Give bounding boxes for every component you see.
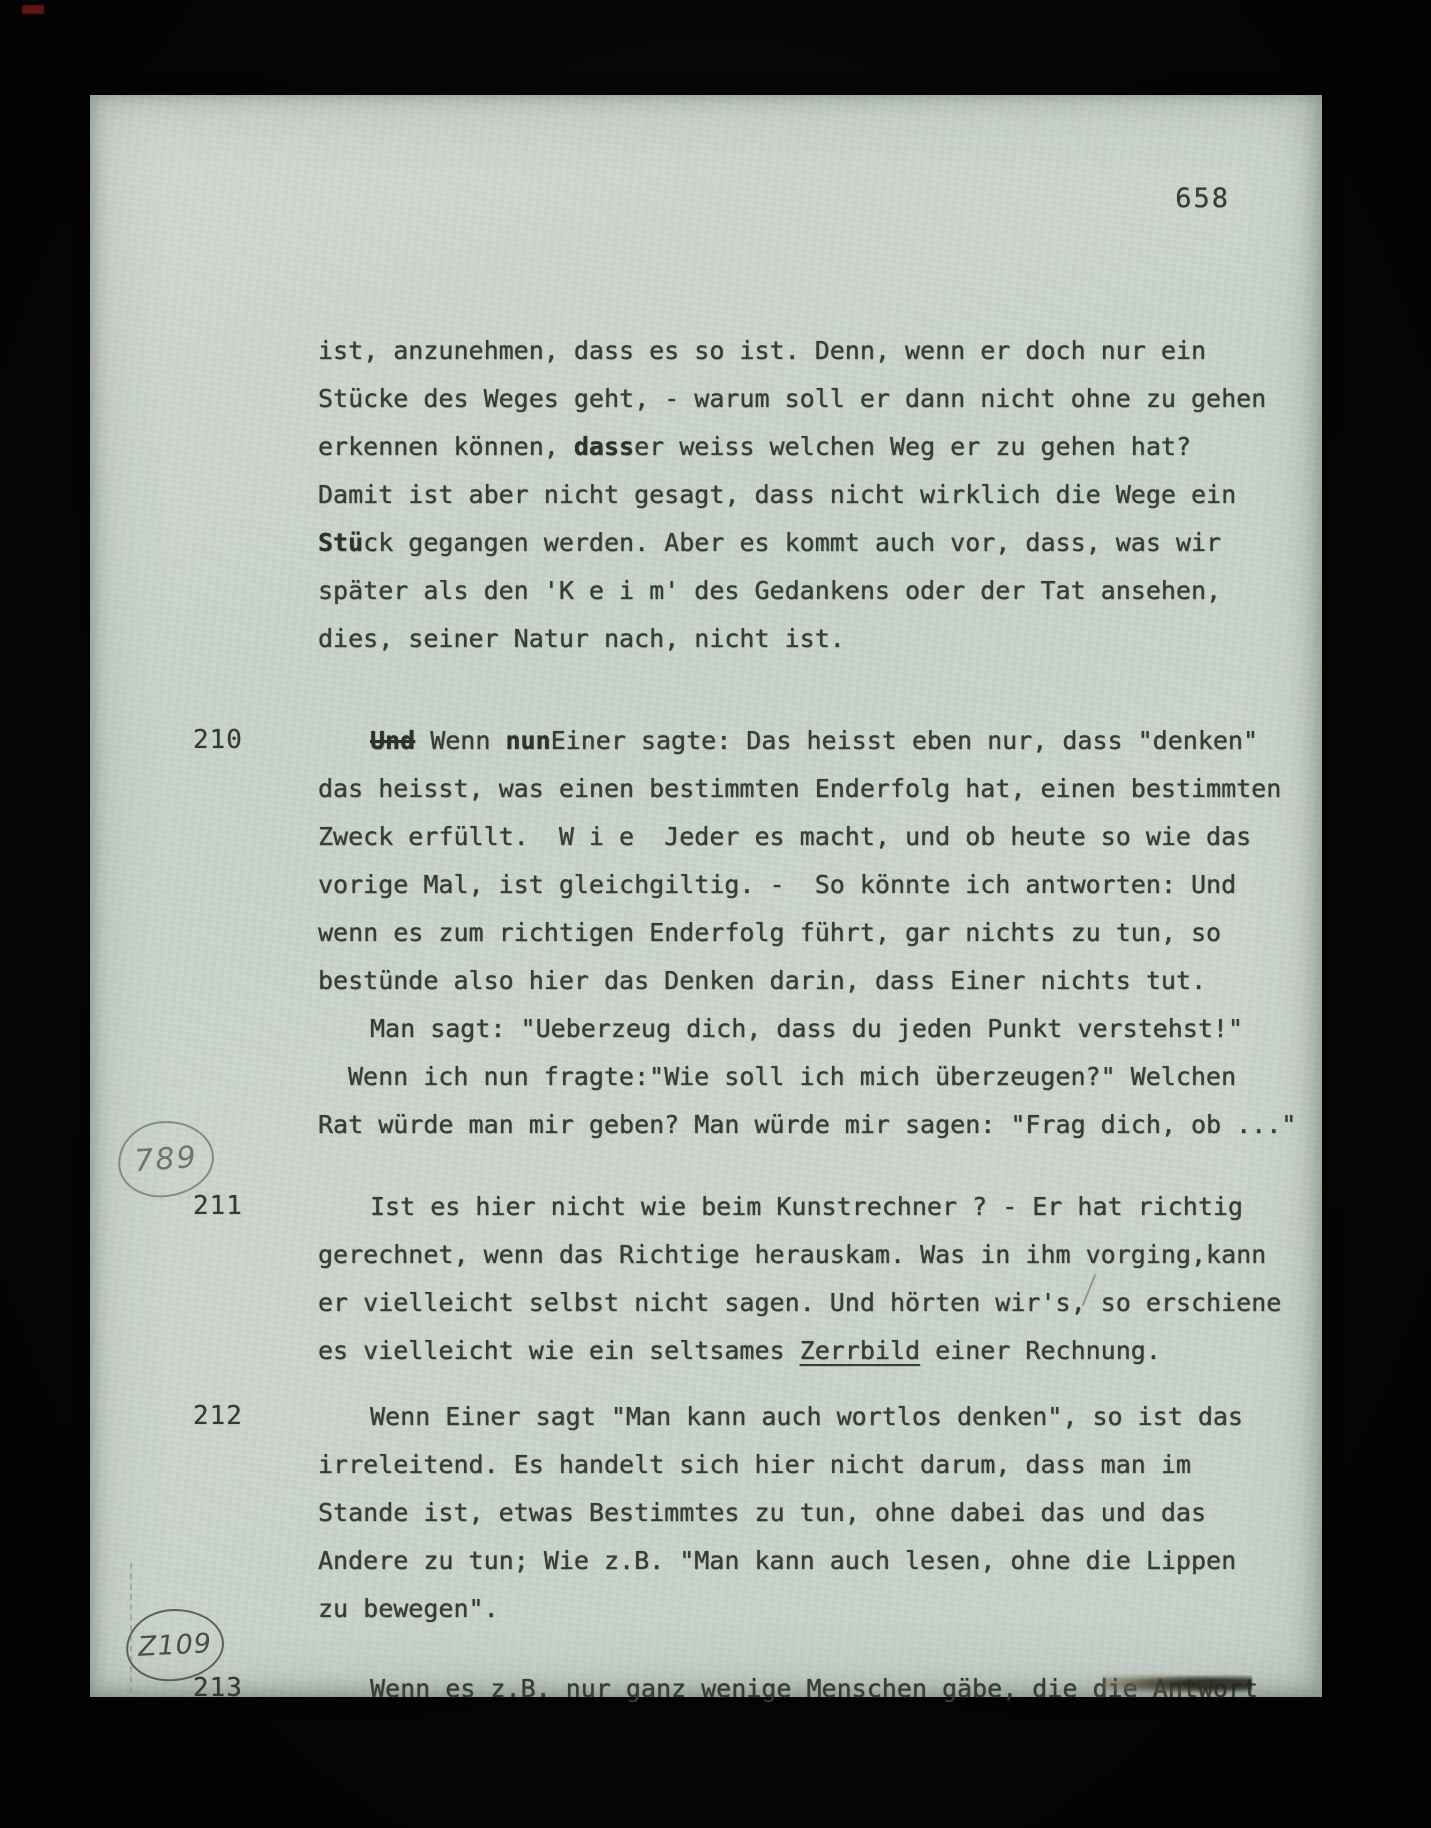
- typed-segment: Wenn Einer sagt "Man kann auch wortlos d…: [370, 1402, 1243, 1431]
- left-margin-pencil-dashes: [130, 1563, 132, 1693]
- typed-line: Rat würde man mir geben? Man würde mir s…: [318, 1101, 1278, 1149]
- typed-segment: irreleitend. Es handelt sich hier nicht …: [318, 1450, 1191, 1479]
- typed-segment-u: Zerrbild: [800, 1336, 920, 1365]
- typed-segment: das heisst, was einen bestimmten Enderfo…: [318, 774, 1281, 803]
- section-number: 213: [193, 1673, 243, 1703]
- typed-segment: Damit ist aber nicht gesagt, dass nicht …: [318, 480, 1236, 509]
- paragraph-block: 211Ist es hier nicht wie beim Kunstrechn…: [90, 1183, 1322, 1375]
- typed-segment: Zweck erfüllt. W i e Jeder es macht, und…: [318, 822, 1251, 851]
- scan-edge-red-mark: [22, 5, 44, 14]
- typed-line: Andere zu tun; Wie z.B. "Man kann auch l…: [318, 1537, 1278, 1585]
- typed-segment: Stande ist, etwas Bestimmtes zu tun, ohn…: [318, 1498, 1206, 1527]
- typed-segment: er vielleicht selbst nicht sagen. Und hö…: [318, 1288, 1281, 1317]
- section-number: 210: [193, 725, 243, 755]
- paragraph-block: 210Und Wenn nunEiner sagte: Das heisst e…: [90, 717, 1322, 1149]
- paragraph-block: 212Wenn Einer sagt "Man kann auch wortlo…: [90, 1393, 1322, 1633]
- typed-segment: Andere zu tun; Wie z.B. "Man kann auch l…: [318, 1546, 1236, 1575]
- document-page: 658 ist, anzunehmen, dass es so ist. Den…: [90, 95, 1322, 1697]
- typed-line: Und Wenn nunEiner sagte: Das heisst eben…: [318, 717, 1278, 765]
- margin-annotation-z109-label: Z109: [137, 1628, 213, 1663]
- typed-segment: Einer sagte: Das heisst eben nur, dass "…: [551, 726, 1258, 755]
- typed-segment-b: Stü: [318, 528, 363, 557]
- typed-segment: bestünde also hier das Denken darin, das…: [318, 966, 1206, 995]
- paragraph-lines: ist, anzunehmen, dass es so ist. Denn, w…: [318, 327, 1278, 663]
- typed-segment: dies, seiner Natur nach, nicht ist.: [318, 624, 845, 653]
- typed-segment: Man sagt: "Ueberzeug dich, dass du jeden…: [370, 1014, 1243, 1043]
- typed-line: ist, anzunehmen, dass es so ist. Denn, w…: [318, 327, 1278, 375]
- typed-segment-b: nun: [505, 726, 550, 755]
- typed-line: Wenn ich nun fragte:"Wie soll ich mich ü…: [318, 1053, 1278, 1101]
- typed-line: Damit ist aber nicht gesagt, dass nicht …: [318, 471, 1278, 519]
- typed-segment: einer Rechnung.: [920, 1336, 1161, 1365]
- typed-segment: erkennen können,: [318, 432, 574, 461]
- typed-line: Stück gegangen werden. Aber es kommt auc…: [318, 519, 1278, 567]
- typed-line: bestünde also hier das Denken darin, das…: [318, 957, 1278, 1005]
- typed-line: Zweck erfüllt. W i e Jeder es macht, und…: [318, 813, 1278, 861]
- section-number: 211: [193, 1191, 243, 1221]
- screenshot-root: { "page": { "number": "658", "background…: [0, 0, 1431, 1828]
- typed-line: Stücke des Weges geht, - warum soll er d…: [318, 375, 1278, 423]
- typed-segment-struck: Und: [370, 726, 415, 755]
- page-number: 658: [1175, 183, 1230, 214]
- typed-segment: vorige Mal, ist gleichgiltig. - So könnt…: [318, 870, 1236, 899]
- typed-segment: Stücke des Weges geht, - warum soll er d…: [318, 384, 1266, 413]
- typed-line: Wenn Einer sagt "Man kann auch wortlos d…: [318, 1393, 1278, 1441]
- typed-line: irreleitend. Es handelt sich hier nicht …: [318, 1441, 1278, 1489]
- paragraph-block: ist, anzunehmen, dass es so ist. Denn, w…: [90, 327, 1322, 663]
- typed-segment: später als den 'K e i m' des Gedankens o…: [318, 576, 1221, 605]
- typed-segment: Wenn: [415, 726, 505, 755]
- typed-segment: Wenn ich nun fragte:"Wie soll ich mich ü…: [348, 1062, 1236, 1091]
- typed-segment: Rat würde man mir geben? Man würde mir s…: [318, 1110, 1296, 1139]
- typed-line: das heisst, was einen bestimmten Enderfo…: [318, 765, 1278, 813]
- typed-line: Man sagt: "Ueberzeug dich, dass du jeden…: [318, 1005, 1278, 1053]
- typed-segment-b: dass: [574, 432, 634, 461]
- typed-segment: zu bewegen".: [318, 1594, 499, 1623]
- margin-annotation-789-label: 789: [133, 1139, 199, 1178]
- typed-line: gerechnet, wenn das Richtige herauskam. …: [318, 1231, 1278, 1279]
- typed-line: vorige Mal, ist gleichgiltig. - So könnt…: [318, 861, 1278, 909]
- typed-line: Stande ist, etwas Bestimmtes zu tun, ohn…: [318, 1489, 1278, 1537]
- typed-segment: gerechnet, wenn das Richtige herauskam. …: [318, 1240, 1266, 1269]
- typed-segment: er weiss welchen Weg er zu gehen hat?: [634, 432, 1191, 461]
- typed-line: zu bewegen".: [318, 1585, 1278, 1633]
- typed-line: dies, seiner Natur nach, nicht ist.: [318, 615, 1278, 663]
- typed-line: es vielleicht wie ein seltsames Zerrbild…: [318, 1327, 1278, 1375]
- typed-segment: ck gegangen werden. Aber es kommt auch v…: [363, 528, 1221, 557]
- typed-segment: Ist es hier nicht wie beim Kunstrechner …: [370, 1192, 1243, 1221]
- typed-line: wenn es zum richtigen Enderfolg führt, g…: [318, 909, 1278, 957]
- ink-smudge: [1102, 1673, 1252, 1693]
- typed-line: erkennen können, dasser weiss welchen We…: [318, 423, 1278, 471]
- typed-line: später als den 'K e i m' des Gedankens o…: [318, 567, 1278, 615]
- typed-segment: wenn es zum richtigen Enderfolg führt, g…: [318, 918, 1221, 947]
- typed-segment: ist, anzunehmen, dass es so ist. Denn, w…: [318, 336, 1206, 365]
- typed-line: Ist es hier nicht wie beim Kunstrechner …: [318, 1183, 1278, 1231]
- typed-line: er vielleicht selbst nicht sagen. Und hö…: [318, 1279, 1278, 1327]
- paragraph-lines: Ist es hier nicht wie beim Kunstrechner …: [318, 1183, 1278, 1375]
- paragraph-lines: Und Wenn nunEiner sagte: Das heisst eben…: [318, 717, 1278, 1149]
- typed-segment: es vielleicht wie ein seltsames: [318, 1336, 800, 1365]
- paragraph-lines: Wenn Einer sagt "Man kann auch wortlos d…: [318, 1393, 1278, 1633]
- section-number: 212: [193, 1401, 243, 1431]
